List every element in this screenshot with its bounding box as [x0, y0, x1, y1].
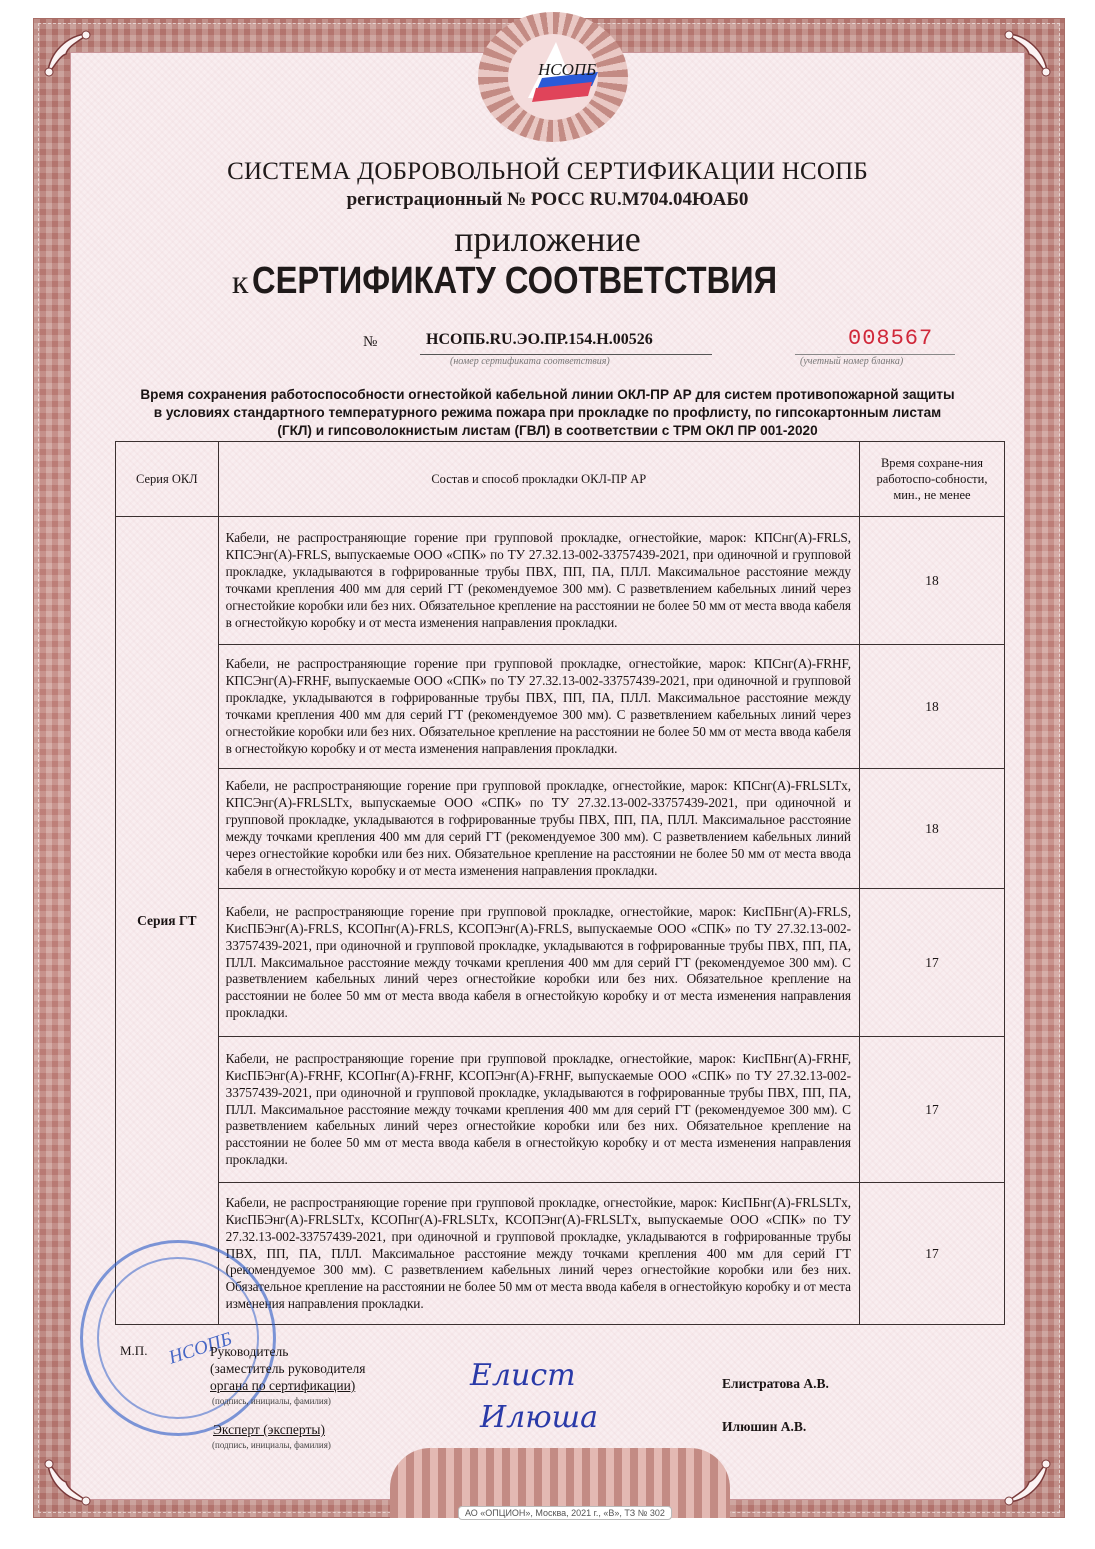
- logo-text: НСОПБ: [538, 60, 596, 80]
- stamp-place-label: М.П.: [120, 1343, 147, 1359]
- composition-cell: Кабели, не распространяющие горение при …: [218, 517, 859, 645]
- series-cell: Серия ГТ: [116, 517, 219, 1325]
- corner-ornament-icon: [38, 1452, 98, 1512]
- head-signature-caption: (подпись, инициалы, фамилия): [212, 1396, 331, 1406]
- stamp-seal: [80, 1240, 276, 1436]
- system-title: СИСТЕМА ДОБРОВОЛЬНОЙ СЕРТИФИКАЦИИ НСОПБ: [0, 158, 1095, 186]
- header-series: Серия ОКЛ: [116, 442, 219, 517]
- table-row: Кабели, не распространяющие горение при …: [116, 1037, 1005, 1183]
- head-role-line: Руководитель: [210, 1343, 366, 1360]
- certificate-number-caption: (номер сертификата соответствия): [450, 356, 610, 367]
- corner-ornament-icon: [997, 24, 1057, 84]
- head-name: Елистратова А.В.: [722, 1376, 829, 1392]
- intro-line: в условиях стандартного температурного р…: [100, 404, 995, 422]
- head-role: Руководитель (заместитель руководителя о…: [210, 1343, 366, 1394]
- composition-cell: Кабели, не распространяющие горение при …: [218, 645, 859, 769]
- corner-ornament-icon: [997, 1452, 1057, 1512]
- time-cell: 17: [859, 1037, 1004, 1183]
- printer-imprint: АО «ОПЦИОН», Москва, 2021 г., «В», ТЗ № …: [458, 1506, 672, 1520]
- table-header-row: Серия ОКЛ Состав и способ прокладки ОКЛ-…: [116, 442, 1005, 517]
- certificate-title: к СЕРТИФИКАТУ СООТВЕТСТВИЯ: [0, 260, 1095, 303]
- composition-cell: Кабели, не распространяющие горение при …: [218, 769, 859, 889]
- head-signature: Елист: [470, 1358, 576, 1393]
- intro-line: Время сохранения работоспособности огнес…: [100, 386, 995, 404]
- registration-number: регистрационный № РОСС RU.М704.04ЮАБ0: [0, 189, 1095, 211]
- composition-cell: Кабели, не распространяющие горение при …: [218, 1037, 859, 1183]
- header-composition: Состав и способ прокладки ОКЛ-ПР АР: [218, 442, 859, 517]
- to-prefix: к: [232, 264, 249, 301]
- expert-role: Эксперт (эксперты): [213, 1422, 325, 1438]
- table-row: Кабели, не распространяющие горение при …: [116, 769, 1005, 889]
- time-cell: 18: [859, 517, 1004, 645]
- blank-underline: [795, 354, 955, 355]
- expert-name: Илюшин А.В.: [722, 1419, 806, 1435]
- time-cell: 17: [859, 889, 1004, 1037]
- certificate-heading: СЕРТИФИКАТУ СООТВЕТСТВИЯ: [252, 260, 777, 303]
- header-time: Время сохране-ния работоспо-собности, ми…: [859, 442, 1004, 517]
- specification-table: Серия ОКЛ Состав и способ прокладки ОКЛ-…: [115, 441, 1005, 1325]
- certificate-number: НСОПБ.RU.ЭО.ПР.154.Н.00526: [426, 331, 653, 349]
- time-cell: 17: [859, 1183, 1004, 1325]
- appendix-title: приложение: [0, 218, 1095, 260]
- number-label: №: [363, 334, 377, 351]
- number-underline: [420, 354, 712, 355]
- table-row: Серия ГТКабели, не распространяющие горе…: [116, 517, 1005, 645]
- head-role-line: органа по сертификации): [210, 1377, 366, 1394]
- expert-signature-caption: (подпись, инициалы, фамилия): [212, 1440, 331, 1450]
- corner-ornament-icon: [38, 24, 98, 84]
- blank-number: 008567: [848, 326, 933, 351]
- table-row: Кабели, не распространяющие горение при …: [116, 889, 1005, 1037]
- head-role-line: (заместитель руководителя: [210, 1360, 366, 1377]
- composition-cell: Кабели, не распространяющие горение при …: [218, 889, 859, 1037]
- intro-line: (ГКЛ) и гипсоволокнистым листам (ГВЛ) в …: [100, 422, 995, 440]
- time-cell: 18: [859, 645, 1004, 769]
- table-row: Кабели, не распространяющие горение при …: [116, 645, 1005, 769]
- composition-cell: Кабели, не распространяющие горение при …: [218, 1183, 859, 1325]
- time-cell: 18: [859, 769, 1004, 889]
- expert-signature: Илюша: [480, 1400, 598, 1435]
- intro-paragraph: Время сохранения работоспособности огнес…: [100, 386, 995, 440]
- blank-number-caption: (учетный номер бланка): [800, 356, 903, 367]
